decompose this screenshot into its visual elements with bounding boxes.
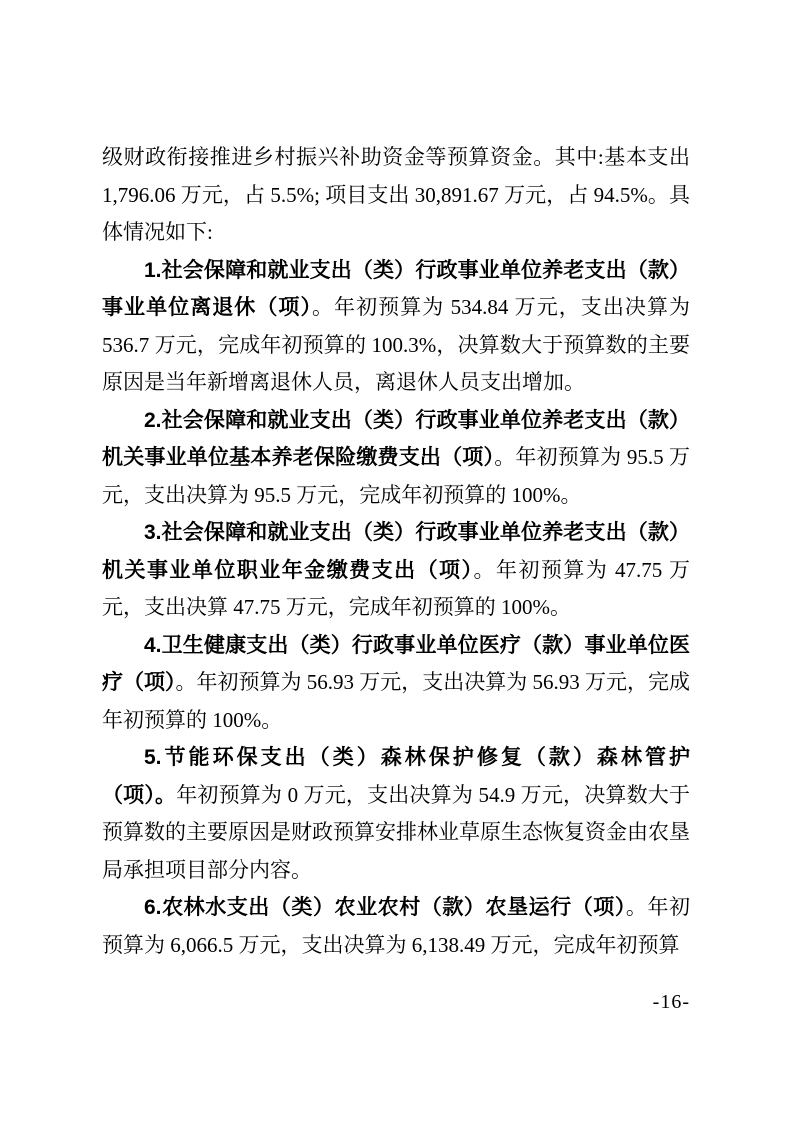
document-page: 级财政衔接推进乡村振兴补助资金等预算资金。其中:基本支出 1,796.06 万元…: [0, 0, 794, 1123]
budget-item-6-heading: 6.农林水支出（类）农业农村（款）农垦运行（项）: [144, 896, 626, 919]
budget-item-2: 2.社会保障和就业支出（类）行政事业单位养老支出（款）机关事业单位基本养老保险缴…: [102, 402, 690, 515]
page-body: 级财政衔接推进乡村振兴补助资金等预算资金。其中:基本支出 1,796.06 万元…: [102, 139, 690, 964]
budget-item-3: 3.社会保障和就业支出（类）行政事业单位养老支出（款）机关事业单位职业年金缴费支…: [102, 514, 690, 627]
intro-paragraph: 级财政衔接推进乡村振兴补助资金等预算资金。其中:基本支出 1,796.06 万元…: [102, 139, 690, 252]
budget-item-5-body: 年初预算为 0 万元，支出决算为 54.9 万元，决算数大于预算数的主要原因是财…: [102, 783, 690, 882]
budget-item-4: 4.卫生健康支出（类）行政事业单位医疗（款）事业单位医疗（项）。年初预算为 56…: [102, 627, 690, 740]
budget-item-5: 5.节能环保支出（类）森林保护修复（款）森林管护（项）。年初预算为 0 万元，支…: [102, 739, 690, 889]
budget-item-4-body: 。年初预算为 56.93 万元，支出决算为 56.93 万元，完成年初预算的 1…: [102, 670, 690, 732]
budget-item-1: 1.社会保障和就业支出（类）行政事业单位养老支出（款）事业单位离退休（项）。年初…: [102, 252, 690, 402]
page-number: -16-: [102, 991, 690, 1014]
budget-item-6: 6.农林水支出（类）农业农村（款）农垦运行（项）。年初预算为 6,066.5 万…: [102, 889, 690, 964]
